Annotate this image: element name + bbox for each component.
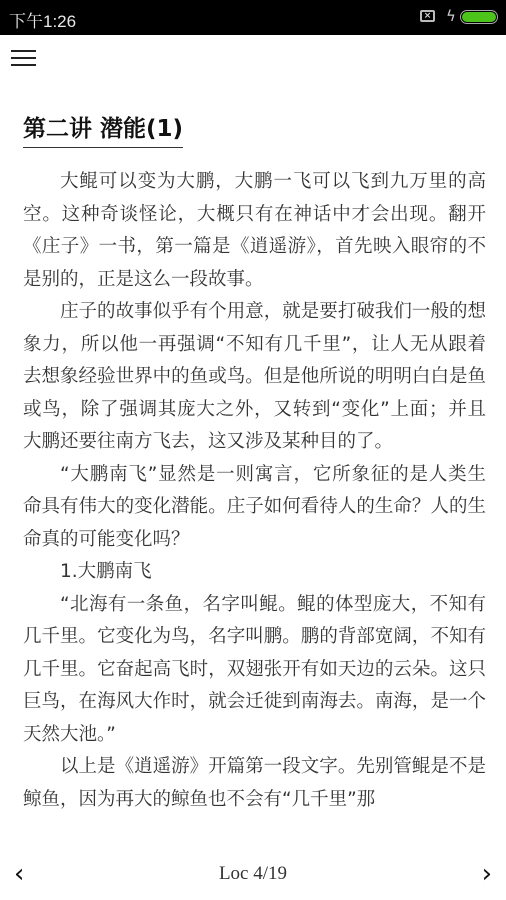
paragraph: 大鲲可以变为大鹏，大鹏一飞可以飞到九万里的高空。这种奇谈怪论，大概只有在神话中才… <box>23 166 486 296</box>
next-page-button[interactable]: › <box>482 859 492 889</box>
paragraph: 庄子的故事似乎有个用意，就是要打破我们一般的想象力，所以他一再强调“不知有几千里… <box>23 296 486 459</box>
reader-toolbar <box>0 35 506 85</box>
sim-off-icon: × <box>420 10 435 22</box>
charging-bolt-icon: ϟ <box>446 7 456 25</box>
chapter-title: 第二讲 潜能(1) <box>23 110 183 148</box>
page-navigation: ‹ Loc 4/19 › <box>0 855 506 895</box>
paragraph: “北海有一条鱼，名字叫鲲。鲲的体型庞大，不知有几千里。它变化为鸟，名字叫鹏。鹏的… <box>23 589 486 752</box>
status-bar: 下午1:26 × ϟ <box>0 0 506 35</box>
paragraph: “大鹏南飞”显然是一则寓言，它所象征的是人类生命具有伟大的变化潜能。庄子如何看待… <box>23 459 486 557</box>
reader-content: 第二讲 潜能(1) 大鲲可以变为大鹏，大鹏一飞可以飞到九万里的高空。这种奇谈怪论… <box>23 110 486 816</box>
battery-icon <box>460 10 498 24</box>
paragraph: 以上是《逍遥游》开篇第一段文字。先别管鲲是不是鲸鱼，因为再大的鲸鱼也不会有“几千… <box>23 751 486 816</box>
status-time: 下午1:26 <box>9 7 76 32</box>
section-heading: 1.大鹏南飞 <box>23 556 486 589</box>
hamburger-menu-icon[interactable] <box>11 50 36 68</box>
chapter-body: 大鲲可以变为大鹏，大鹏一飞可以飞到九万里的高空。这种奇谈怪论，大概只有在神话中才… <box>23 166 486 816</box>
location-indicator: Loc 4/19 <box>0 863 506 885</box>
